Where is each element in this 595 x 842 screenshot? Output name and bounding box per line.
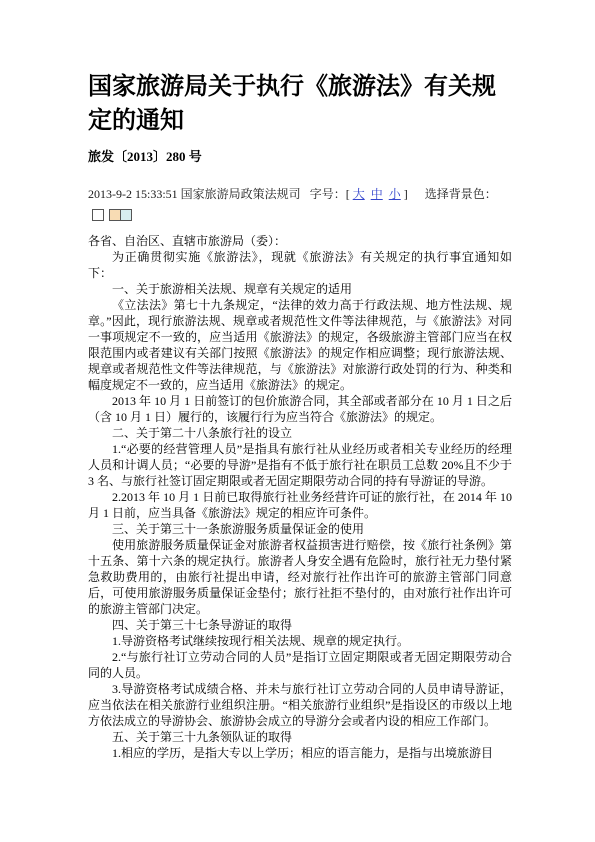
font-size-medium-link[interactable]: 中 xyxy=(371,187,383,201)
paragraph: 2.“与旅行社订立劳动合同的人员”是指订立固定期限或者无固定期限劳动合同的人员。 xyxy=(88,649,512,681)
paragraph: 2013 年 10 月 1 日前签订的包价旅游合同，其全部或者部分在 10 月 … xyxy=(88,393,512,425)
paragraph: 为正确贯彻实施《旅游法》，现就《旅游法》有关规定的执行事宜通知如下： xyxy=(88,249,512,281)
paragraph: 一、关于旅游相关法规、规章有关规定的适用 xyxy=(88,281,512,297)
paragraph: 四、关于第三十七条导游证的取得 xyxy=(88,617,512,633)
paragraph: 二、关于第二十八条旅行社的设立 xyxy=(88,425,512,441)
paragraph: 使用旅游服务质量保证金对旅游者权益损害进行赔偿，按《旅行社条例》第十五条、第十六… xyxy=(88,537,512,617)
salutation: 各省、自治区、直辖市旅游局（委）： xyxy=(88,233,512,249)
paragraph: 3.导游资格考试成绩合格、并未与旅行社订立劳动合同的人员申请导游证，应当依法在相… xyxy=(88,681,512,729)
bg-swatch-blue[interactable] xyxy=(120,209,132,221)
publish-department: 国家旅游局政策法规司 xyxy=(181,187,301,201)
publish-timestamp: 2013-9-2 15:33:51 xyxy=(88,187,178,201)
paragraph: 《立法法》第七十九条规定，“法律的效力高于行政法规、地方性法规、规章。”因此，现… xyxy=(88,297,512,393)
paragraph: 1.导游资格考试继续按现行相关法规、规章的规定执行。 xyxy=(88,633,512,649)
paragraph: 1.相应的学历，是指大专以上学历；相应的语言能力，是指与出境旅游目 xyxy=(88,745,512,761)
font-size-large-link[interactable]: 大 xyxy=(353,187,365,201)
font-size-label: 字号： xyxy=(310,187,346,201)
paragraph: 三、关于第三十一条旅游服务质量保证金的使用 xyxy=(88,521,512,537)
document-content: 国家旅游局关于执行《旅游法》有关规定的通知 旅发〔2013〕280 号 2013… xyxy=(88,70,512,761)
page-title: 国家旅游局关于执行《旅游法》有关规定的通知 xyxy=(88,70,512,138)
document-body: 各省、自治区、直辖市旅游局（委）： 为正确贯彻实施《旅游法》，现就《旅游法》有关… xyxy=(88,233,512,761)
doc-number: 旅发〔2013〕280 号 xyxy=(88,149,512,165)
bracket-open: [ xyxy=(346,187,350,201)
paragraph: 2.2013 年 10 月 1 日前已取得旅行社业务经营许可证的旅行社，在 20… xyxy=(88,489,512,521)
paragraph: 1.“必要的经营管理人员”是指具有旅行社从业经历或者相关专业经历的经理人员和计调… xyxy=(88,441,512,489)
bracket-close: ] xyxy=(404,187,408,201)
paragraph-list: 为正确贯彻实施《旅游法》，现就《旅游法》有关规定的执行事宜通知如下：一、关于旅游… xyxy=(88,249,512,761)
font-size-small-link[interactable]: 小 xyxy=(389,187,401,201)
meta-line: 2013-9-2 15:33:51 国家旅游局政策法规司 字号：[大中小]选择背… xyxy=(88,184,512,226)
background-color-label: 选择背景色： xyxy=(425,187,497,201)
bg-swatch-white[interactable] xyxy=(92,209,104,221)
document-page: 国家旅游局关于执行《旅游法》有关规定的通知 旅发〔2013〕280 号 2013… xyxy=(0,0,595,842)
paragraph: 五、关于第三十九条领队证的取得 xyxy=(88,729,512,745)
bg-swatch-group xyxy=(109,205,132,226)
